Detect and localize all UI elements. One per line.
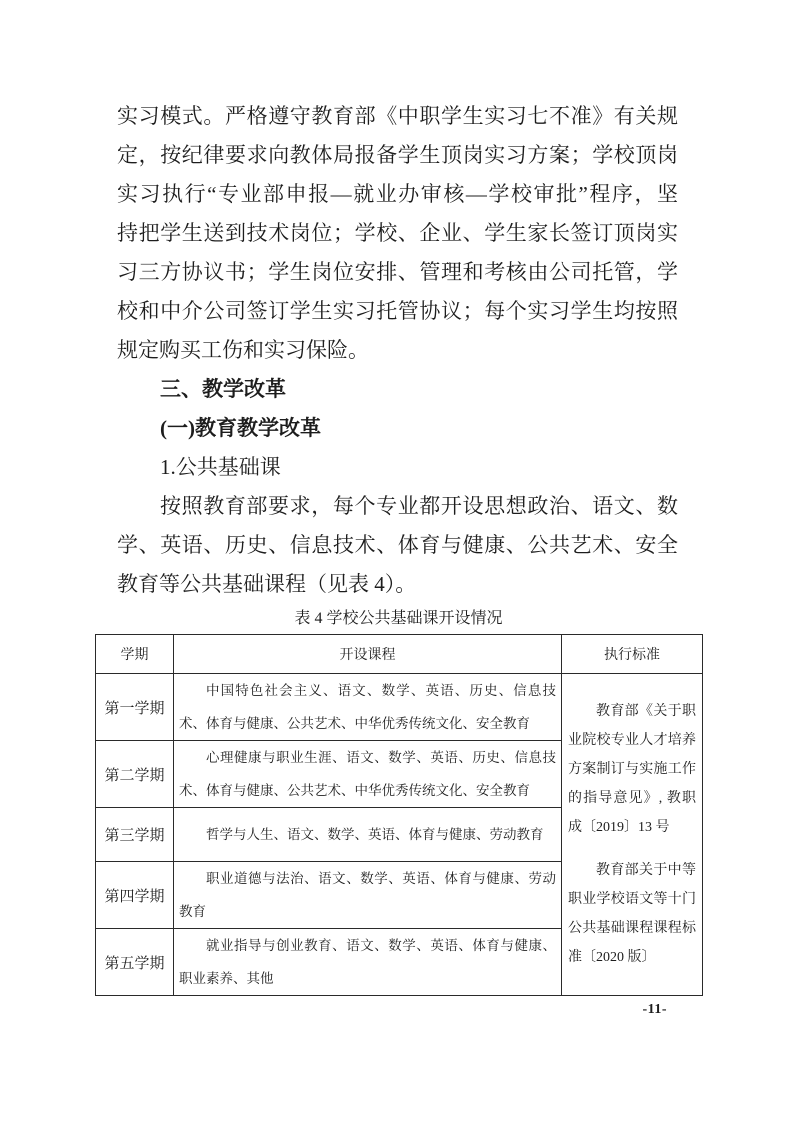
subsection-heading: (一)教育教学改革 <box>117 409 678 448</box>
standard-text: 教育部《关于职业院校专业人才培养方案制订与实施工作的指导意见》, 教职成〔201… <box>568 697 696 842</box>
courses-cell: 职业道德与法治、语文、数学、英语、体育与健康、劳动教育 <box>174 862 562 929</box>
semester-cell: 第一学期 <box>96 674 174 741</box>
paragraph-line: 持把学生送到技术岗位；学校、企业、学生家长签订顶岗实 <box>117 214 678 253</box>
page-content: 实习模式。严格遵守教育部《中职学生实习七不准》有关规 定，按纪律要求向教体局报备… <box>95 97 702 996</box>
paragraph-line: 实习执行“专业部申报—就业办审核—学校审批”程序，坚 <box>117 175 678 214</box>
paragraph-line: 习三方协议书；学生岗位安排、管理和考核由公司托管，学 <box>117 253 678 292</box>
semester-cell: 第五学期 <box>96 929 174 996</box>
paragraph-line: 规定购买工伤和实习保险。 <box>117 331 678 370</box>
section-heading: 三、教学改革 <box>117 370 678 409</box>
table-caption: 表 4 学校公共基础课开设情况 <box>95 604 702 634</box>
paragraph-line: 实习模式。严格遵守教育部《中职学生实习七不准》有关规 <box>117 97 678 136</box>
paragraph-line: 教育等公共基础课程（见表 4）。 <box>117 565 678 604</box>
column-header-standard: 执行标准 <box>562 635 703 674</box>
paragraph-line: 学、英语、历史、信息技术、体育与健康、公共艺术、安全 <box>117 526 678 565</box>
item-heading: 1.公共基础课 <box>117 448 678 487</box>
paragraph-line: 校和中介公司签订学生实习托管协议；每个实习学生均按照 <box>117 292 678 331</box>
table-header-row: 学期 开设课程 执行标准 <box>96 635 703 674</box>
semester-cell: 第四学期 <box>96 862 174 929</box>
column-header-courses: 开设课程 <box>174 635 562 674</box>
body-text: 实习模式。严格遵守教育部《中职学生实习七不准》有关规 定，按纪律要求向教体局报备… <box>117 97 678 604</box>
courses-cell: 哲学与人生、语文、数学、英语、体育与健康、劳动教育 <box>174 808 562 862</box>
basic-courses-table: 学期 开设课程 执行标准 第一学期 中国特色社会主义、语文、数学、英语、历史、信… <box>95 634 703 996</box>
paragraph-line: 按照教育部要求，每个专业都开设思想政治、语文、数 <box>117 487 678 526</box>
courses-cell: 中国特色社会主义、语文、数学、英语、历史、信息技术、体育与健康、公共艺术、中华优… <box>174 674 562 741</box>
semester-cell: 第二学期 <box>96 741 174 808</box>
courses-cell: 就业指导与创业教育、语文、数学、英语、体育与健康、职业素养、其他 <box>174 929 562 996</box>
courses-cell: 心理健康与职业生涯、语文、数学、英语、历史、信息技术、体育与健康、公共艺术、中华… <box>174 741 562 808</box>
document-page: 实习模式。严格遵守教育部《中职学生实习七不准》有关规 定，按纪律要求向教体局报备… <box>0 0 793 1122</box>
semester-cell: 第三学期 <box>96 808 174 862</box>
column-header-semester: 学期 <box>96 635 174 674</box>
paragraph-line: 定，按纪律要求向教体局报备学生顶岗实习方案；学校顶岗 <box>117 136 678 175</box>
table-row: 第一学期 中国特色社会主义、语文、数学、英语、历史、信息技术、体育与健康、公共艺… <box>96 674 703 741</box>
page-number: -11- <box>642 1002 667 1018</box>
standard-text: 教育部关于中等职业学校语文等十门公共基础课程课程标准〔2020 版〕 <box>568 856 696 972</box>
standards-cell: 教育部《关于职业院校专业人才培养方案制订与实施工作的指导意见》, 教职成〔201… <box>562 674 703 996</box>
